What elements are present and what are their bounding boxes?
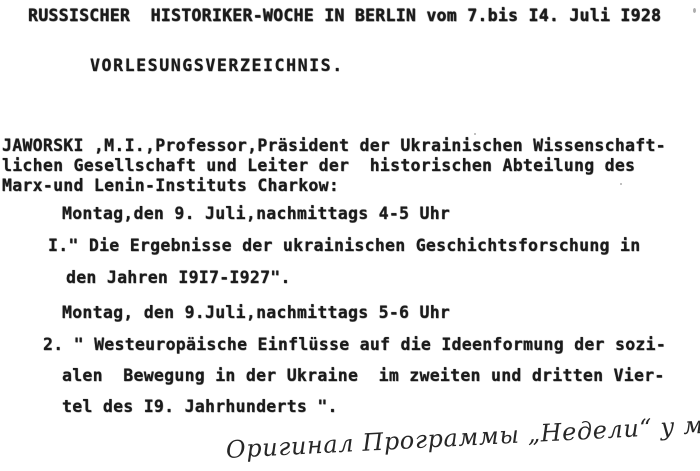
schedule-line-lecture2-title: 2. " Westeuropäische Einflüsse auf die I… [43,335,666,355]
scan-speck [620,183,622,185]
scan-speck [474,133,476,135]
scan-speck [693,8,696,13]
document-subtitle: VORLESUNGSVERZEICHNIS. [90,56,344,76]
schedule-line-lecture1-title: I." Die Ergebnisse der ukrainischen Gesc… [48,236,640,256]
speaker-block-line: lichen Gesellschaft und Leiter der histo… [2,156,635,176]
schedule-line-session2-time: Montag, den 9.Juli,nachmittags 5-6 Uhr [62,303,450,323]
schedule-line-lecture2-title-end: tel des I9. Jahrhunderts ". [62,397,338,417]
speaker-block-line: JAWORSKI ,M.I.,Professor,Präsident der U… [2,136,666,156]
scanned-document-page: RUSSISCHER HISTORIKER-WOCHE IN BERLIN vo… [0,0,700,471]
schedule-line-lecture1-title-cont: den Jahren I9I7-I927". [66,268,291,288]
speaker-block-line: Marx-und Lenin-Instituts Charkow: [2,176,339,196]
document-title: RUSSISCHER HISTORIKER-WOCHE IN BERLIN vo… [28,6,661,26]
schedule-line-session1-time: Montag,den 9. Juli,nachmittags 4-5 Uhr [62,204,450,224]
schedule-line-lecture2-title-cont: alen Bewegung in der Ukraine im zweiten … [62,366,665,386]
